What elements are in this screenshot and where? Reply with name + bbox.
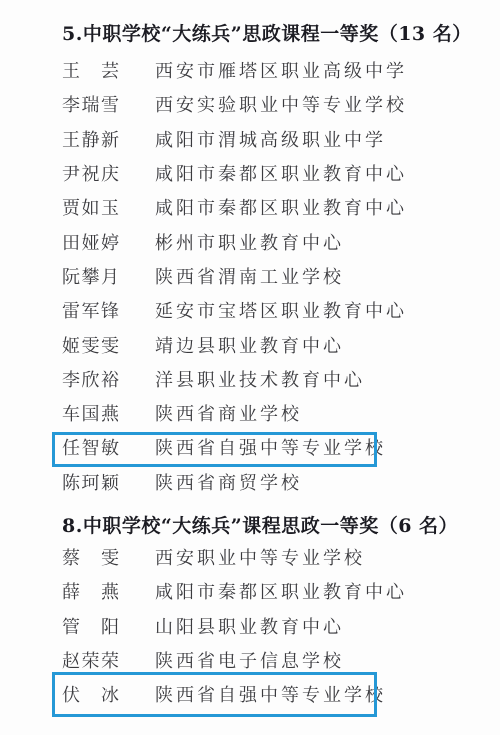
awardee-school: 咸阳市秦都区职业教育中心 <box>155 160 407 186</box>
award-row: 李欣裕洋县职业技术教育中心 <box>62 362 482 396</box>
awardee-name: 王静新 <box>62 126 119 152</box>
awardee-name: 阮攀月 <box>62 263 119 289</box>
awardee-school: 西安实验职业中等专业学校 <box>155 91 407 117</box>
award-row: 尹祝庆咸阳市秦都区职业教育中心 <box>62 156 482 190</box>
awardee-school: 靖边县职业教育中心 <box>155 332 344 358</box>
award-row: 王静新咸阳市渭城高级职业中学 <box>62 122 482 156</box>
awardee-name: 贾如玉 <box>62 194 119 220</box>
awardee-name: 李欣裕 <box>62 366 119 392</box>
award-row: 管阳山阳县职业教育中心 <box>62 608 482 642</box>
awardee-name: 任智敏 <box>62 434 119 460</box>
award-row: 薛燕咸阳市秦都区职业教育中心 <box>62 574 482 608</box>
awardee-name: 赵荣荣 <box>62 647 119 673</box>
section-title: 5.中职学校“大练兵”思政课程一等奖（13 名） <box>62 23 482 45</box>
awardee-school: 山阳县职业教育中心 <box>155 613 344 639</box>
award-row: 陈珂颖陕西省商贸学校 <box>62 465 482 499</box>
award-row: 雷军锋延安市宝塔区职业教育中心 <box>62 293 482 327</box>
award-row: 车国燕陕西省商业学校 <box>62 396 482 430</box>
award-row: 蔡雯西安职业中等专业学校 <box>62 540 482 574</box>
awardee-school: 西安市雁塔区职业高级中学 <box>155 57 407 83</box>
awardee-school: 彬州市职业教育中心 <box>155 229 344 255</box>
awardee-school: 陕西省渭南工业学校 <box>155 263 344 289</box>
awardee-school: 陕西省自强中等专业学校 <box>155 681 386 707</box>
award-row: 姬雯雯靖边县职业教育中心 <box>62 327 482 361</box>
awardee-school: 延安市宝塔区职业教育中心 <box>155 297 407 323</box>
section-title: 8.中职学校“大练兵”课程思政一等奖（6 名） <box>62 515 482 537</box>
awardee-name: 陈珂颖 <box>62 469 119 495</box>
award-row: 王芸西安市雁塔区职业高级中学 <box>62 53 482 87</box>
awardee-name: 姬雯雯 <box>62 332 119 358</box>
awardee-name: 尹祝庆 <box>62 160 119 186</box>
awardee-name: 车国燕 <box>62 400 119 426</box>
award-list: 王芸西安市雁塔区职业高级中学李瑞雪西安实验职业中等专业学校王静新咸阳市渭城高级职… <box>62 53 482 499</box>
award-list: 蔡雯西安职业中等专业学校薛燕咸阳市秦都区职业教育中心管阳山阳县职业教育中心赵荣荣… <box>62 540 482 711</box>
award-section-5: 5.中职学校“大练兵”思政课程一等奖（13 名） 王芸西安市雁塔区职业高级中学李… <box>62 23 482 499</box>
awardee-school: 陕西省自强中等专业学校 <box>155 434 386 460</box>
awardee-name: 李瑞雪 <box>62 91 119 117</box>
awardee-school: 洋县职业技术教育中心 <box>155 366 365 392</box>
awardee-name: 伏冰 <box>62 681 119 707</box>
award-row: 贾如玉咸阳市秦都区职业教育中心 <box>62 190 482 224</box>
awardee-name: 薛燕 <box>62 578 119 604</box>
awardee-name: 王芸 <box>62 57 119 83</box>
award-row: 赵荣荣陕西省电子信息学校 <box>62 643 482 677</box>
awardee-school: 陕西省商贸学校 <box>155 469 302 495</box>
awardee-school: 咸阳市渭城高级职业中学 <box>155 126 386 152</box>
award-row: 田娅婷彬州市职业教育中心 <box>62 224 482 258</box>
awardee-name: 管阳 <box>62 613 119 639</box>
document-page: 5.中职学校“大练兵”思政课程一等奖（13 名） 王芸西安市雁塔区职业高级中学李… <box>0 0 500 735</box>
awardee-name: 雷军锋 <box>62 297 119 323</box>
awardee-school: 陕西省电子信息学校 <box>155 647 344 673</box>
award-row: 伏冰陕西省自强中等专业学校 <box>62 677 482 711</box>
awardee-name: 田娅婷 <box>62 229 119 255</box>
awardee-school: 咸阳市秦都区职业教育中心 <box>155 578 407 604</box>
award-row: 李瑞雪西安实验职业中等专业学校 <box>62 87 482 121</box>
awardee-name: 蔡雯 <box>62 544 119 570</box>
awardee-school: 陕西省商业学校 <box>155 400 302 426</box>
award-row: 任智敏陕西省自强中等专业学校 <box>62 430 482 464</box>
award-section-8: 8.中职学校“大练兵”课程思政一等奖（6 名） 蔡雯西安职业中等专业学校薛燕咸阳… <box>62 515 482 711</box>
awardee-school: 西安职业中等专业学校 <box>155 544 365 570</box>
awardee-school: 咸阳市秦都区职业教育中心 <box>155 194 407 220</box>
award-row: 阮攀月陕西省渭南工业学校 <box>62 259 482 293</box>
